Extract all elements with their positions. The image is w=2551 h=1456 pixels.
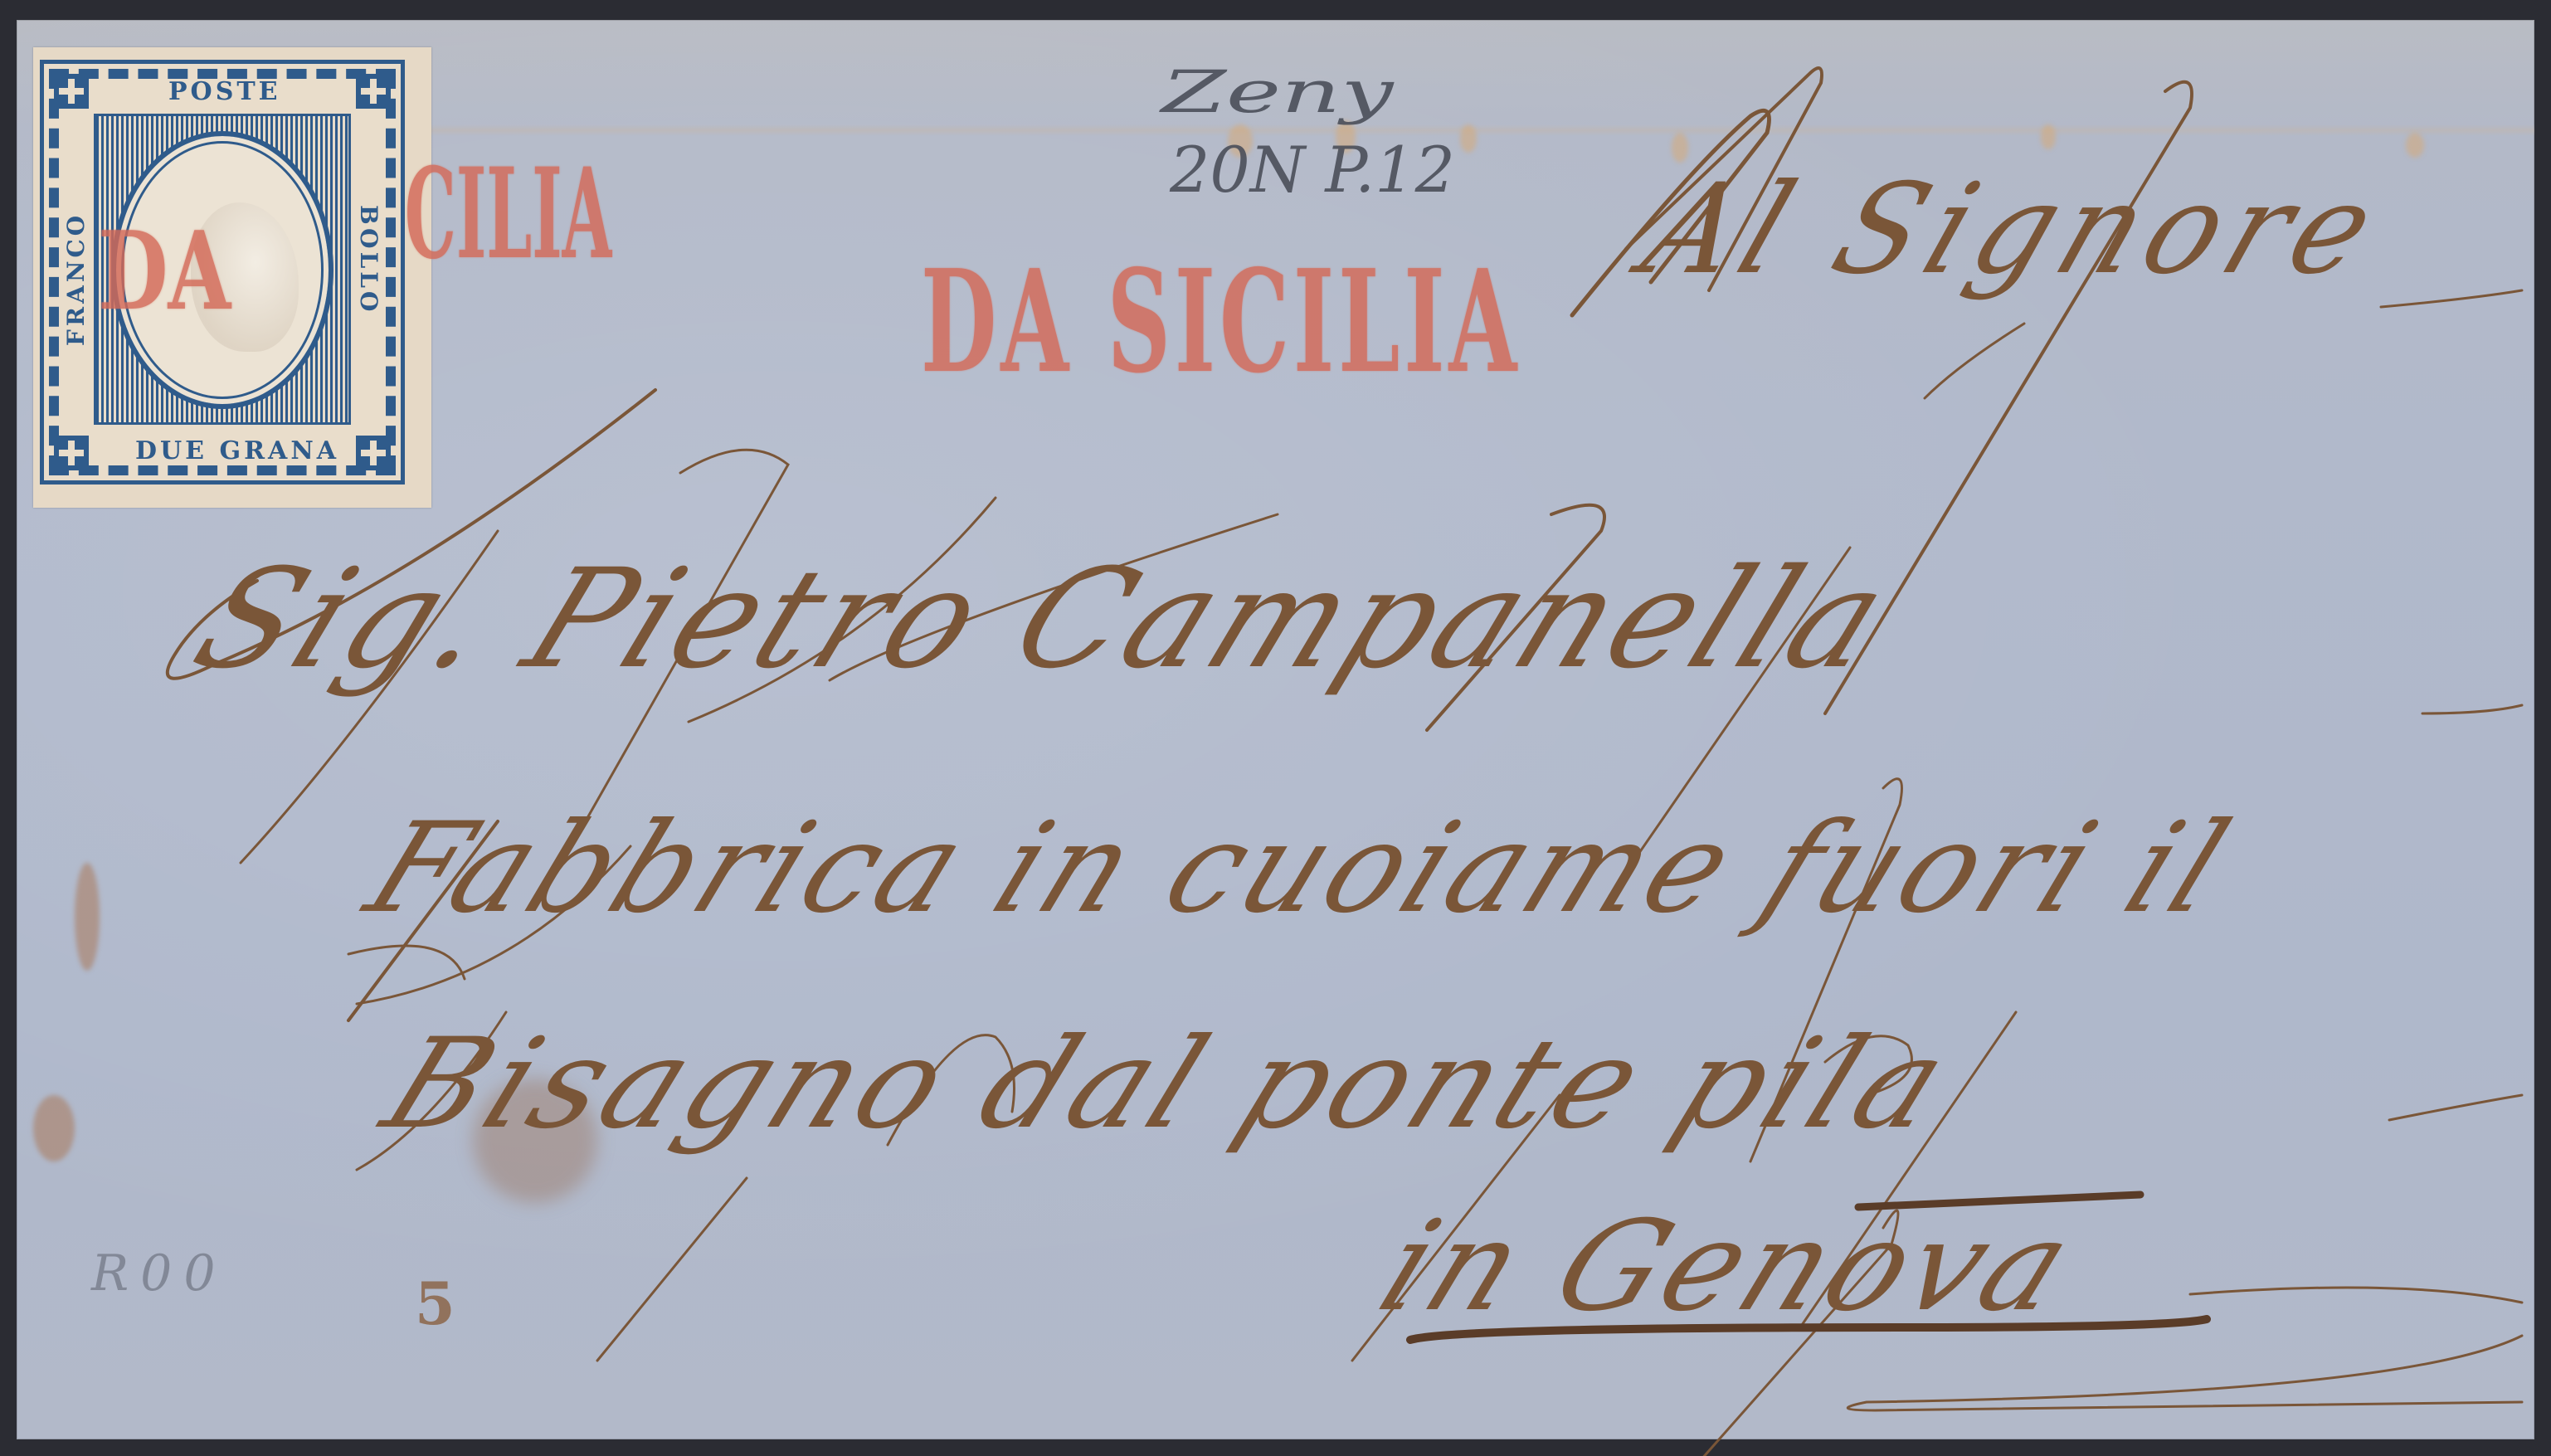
- stamp-left-label: FRANCO: [62, 212, 90, 346]
- pencil-signature: Zeny: [1161, 58, 1394, 126]
- foxing-spot: [33, 1095, 75, 1161]
- stamp-cancel-da: DA: [98, 207, 231, 334]
- foxing-spot: [75, 863, 100, 971]
- cross-icon: [356, 74, 391, 109]
- address-line-location: Bisagno dal ponte pila: [365, 1012, 1971, 1157]
- stamp-right-label: BOLLO: [355, 205, 382, 314]
- pencil-bottom-note: R00: [91, 1244, 227, 1303]
- stamp-bottom-label: DUE GRANA: [135, 436, 339, 465]
- address-salutation: Al Signore: [1626, 158, 2403, 302]
- cross-icon: [356, 436, 391, 470]
- pencil-date-note: 20N P.12: [1170, 133, 1455, 207]
- foxing-spot: [2406, 133, 2424, 158]
- address-line-business: Fabbrica in cuoiame fuori il: [348, 796, 2252, 941]
- foxing-spot: [1460, 124, 1477, 153]
- foxing-spot: [2041, 124, 2056, 149]
- stamp-top-label: POSTE: [168, 77, 281, 106]
- cross-icon: [54, 74, 89, 109]
- address-line-city: in Genova: [1361, 1195, 2096, 1339]
- brown-digit-mark: 5: [415, 1269, 455, 1338]
- da-sicilia-cancel: DA SICILIA: [921, 239, 1521, 405]
- cross-icon: [54, 436, 89, 470]
- address-line-recipient: Sig. Pietro Campanella: [174, 539, 1913, 699]
